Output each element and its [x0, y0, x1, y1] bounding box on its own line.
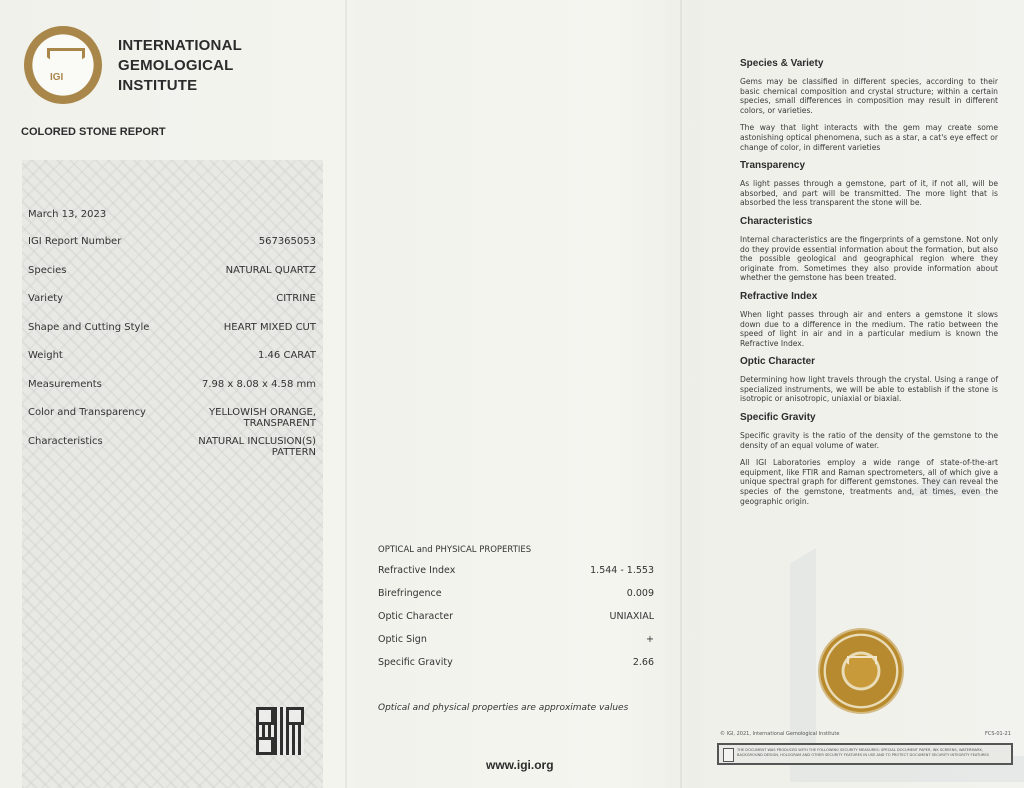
- security-notice-box: THE DOCUMENT WAS PRODUCED WITH THE FOLLO…: [717, 743, 1013, 765]
- property-label: Specific Gravity: [378, 657, 453, 668]
- section-paragraph: Specific gravity is the ratio of the den…: [740, 431, 998, 450]
- field-row: Measurements7.98 x 8.08 x 4.58 mm: [28, 379, 316, 408]
- property-value: 0.009: [627, 588, 654, 599]
- property-label: Refractive Index: [378, 565, 455, 576]
- field-value: HEART MIXED CUT: [224, 322, 316, 333]
- field-label: Measurements: [28, 379, 102, 390]
- field-label: Variety: [28, 293, 63, 304]
- property-label: Birefringence: [378, 588, 442, 599]
- approximate-values-note: Optical and physical properties are appr…: [378, 703, 628, 713]
- diamond-icon: [47, 48, 85, 71]
- gold-foil-seal-icon: [820, 630, 902, 712]
- section-title: Specific Gravity: [740, 412, 998, 423]
- section-title: Optic Character: [740, 356, 998, 367]
- field-label: Species: [28, 265, 67, 276]
- field-row: Color and TransparencyYELLOWISH ORANGE, …: [28, 407, 316, 436]
- report-title: COLORED STONE REPORT: [21, 126, 166, 138]
- property-value: 2.66: [633, 657, 654, 668]
- org-name-line: INSTITUTE: [118, 76, 242, 96]
- report-fields: IGI Report Number567365053 SpeciesNATURA…: [28, 236, 316, 464]
- optical-properties-list: Refractive Index1.544 - 1.553 Birefringe…: [378, 565, 654, 680]
- field-row: IGI Report Number567365053: [28, 236, 316, 265]
- info-sections: Species & Variety Gems may be classified…: [740, 58, 998, 514]
- fold-line-right: [680, 0, 682, 788]
- optical-properties-title: OPTICAL and PHYSICAL PROPERTIES: [378, 545, 531, 555]
- info-section-refractive-index: Refractive Index When light passes throu…: [740, 291, 998, 348]
- section-paragraph: When light passes through air and enters…: [740, 310, 998, 348]
- field-value: CITRINE: [276, 293, 316, 304]
- info-section-characteristics: Characteristics Internal characteristics…: [740, 216, 998, 283]
- section-title: Transparency: [740, 160, 998, 171]
- section-title: Species & Variety: [740, 58, 998, 69]
- field-value: YELLOWISH ORANGE, TRANSPARENT: [209, 407, 316, 429]
- property-row: Refractive Index1.544 - 1.553: [378, 565, 654, 588]
- field-value: 7.98 x 8.08 x 4.58 mm: [202, 379, 316, 390]
- property-value: 1.544 - 1.553: [590, 565, 654, 576]
- field-row: VarietyCITRINE: [28, 293, 316, 322]
- diamond-icon: [847, 656, 877, 674]
- field-row: CharacteristicsNATURAL INCLUSION(S) PATT…: [28, 436, 316, 465]
- website-link[interactable]: www.igi.org: [486, 758, 554, 772]
- section-paragraph: Internal characteristics are the fingerp…: [740, 235, 998, 283]
- org-name-line: INTERNATIONAL: [118, 36, 242, 56]
- field-value: NATURAL INCLUSION(S) PATTERN: [198, 436, 316, 458]
- property-value: +: [646, 634, 654, 645]
- property-row: Birefringence0.009: [378, 588, 654, 611]
- report-date: March 13, 2023: [28, 209, 106, 220]
- field-row: Shape and Cutting StyleHEART MIXED CUT: [28, 322, 316, 351]
- section-paragraph: Determining how light travels through th…: [740, 375, 998, 404]
- property-row: Optic Sign+: [378, 634, 654, 657]
- field-value: NATURAL QUARTZ: [226, 265, 316, 276]
- field-label: Color and Transparency: [28, 407, 146, 418]
- organization-name: INTERNATIONAL GEMOLOGICAL INSTITUTE: [118, 36, 242, 96]
- section-paragraph: All IGI Laboratories employ a wide range…: [740, 458, 998, 506]
- field-value: 1.46 CARAT: [258, 350, 316, 361]
- section-title: Characteristics: [740, 216, 998, 227]
- field-label: Characteristics: [28, 436, 103, 447]
- section-title: Refractive Index: [740, 291, 998, 302]
- property-value: UNIAXIAL: [610, 611, 654, 622]
- security-notice-text: THE DOCUMENT WAS PRODUCED WITH THE FOLLO…: [737, 748, 1009, 758]
- info-section-specific-gravity: Specific Gravity Specific gravity is the…: [740, 412, 998, 506]
- property-row: Specific Gravity2.66: [378, 657, 654, 680]
- section-paragraph: Gems may be classified in different spec…: [740, 77, 998, 115]
- field-value: 567365053: [259, 236, 316, 247]
- property-label: Optic Character: [378, 611, 453, 622]
- qr-finder-pattern: [256, 737, 274, 755]
- org-name-line: GEMOLOGICAL: [118, 56, 242, 76]
- field-row: SpeciesNATURAL QUARTZ: [28, 265, 316, 294]
- lock-document-icon: [723, 748, 734, 762]
- field-label: Weight: [28, 350, 63, 361]
- field-label: IGI Report Number: [28, 236, 121, 247]
- igi-seal-logo-icon: IGI: [24, 26, 102, 104]
- property-row: Optic CharacterUNIAXIAL: [378, 611, 654, 634]
- property-label: Optic Sign: [378, 634, 427, 645]
- fold-line-left: [345, 0, 347, 788]
- field-label: Shape and Cutting Style: [28, 322, 149, 333]
- info-section-transparency: Transparency As light passes through a g…: [740, 160, 998, 208]
- section-paragraph: The way that light interacts with the ge…: [740, 123, 998, 152]
- seal-monogram: IGI: [50, 72, 63, 83]
- section-paragraph: As light passes through a gemstone, part…: [740, 179, 998, 208]
- info-section-species-variety: Species & Variety Gems may be classified…: [740, 58, 998, 152]
- info-section-optic-character: Optic Character Determining how light tr…: [740, 356, 998, 404]
- field-row: Weight1.46 CARAT: [28, 350, 316, 379]
- copyright-text: © IGI, 2021, International Gemological I…: [720, 731, 839, 737]
- qr-code-icon[interactable]: [256, 707, 304, 755]
- form-code: FCS-01-21: [985, 731, 1011, 737]
